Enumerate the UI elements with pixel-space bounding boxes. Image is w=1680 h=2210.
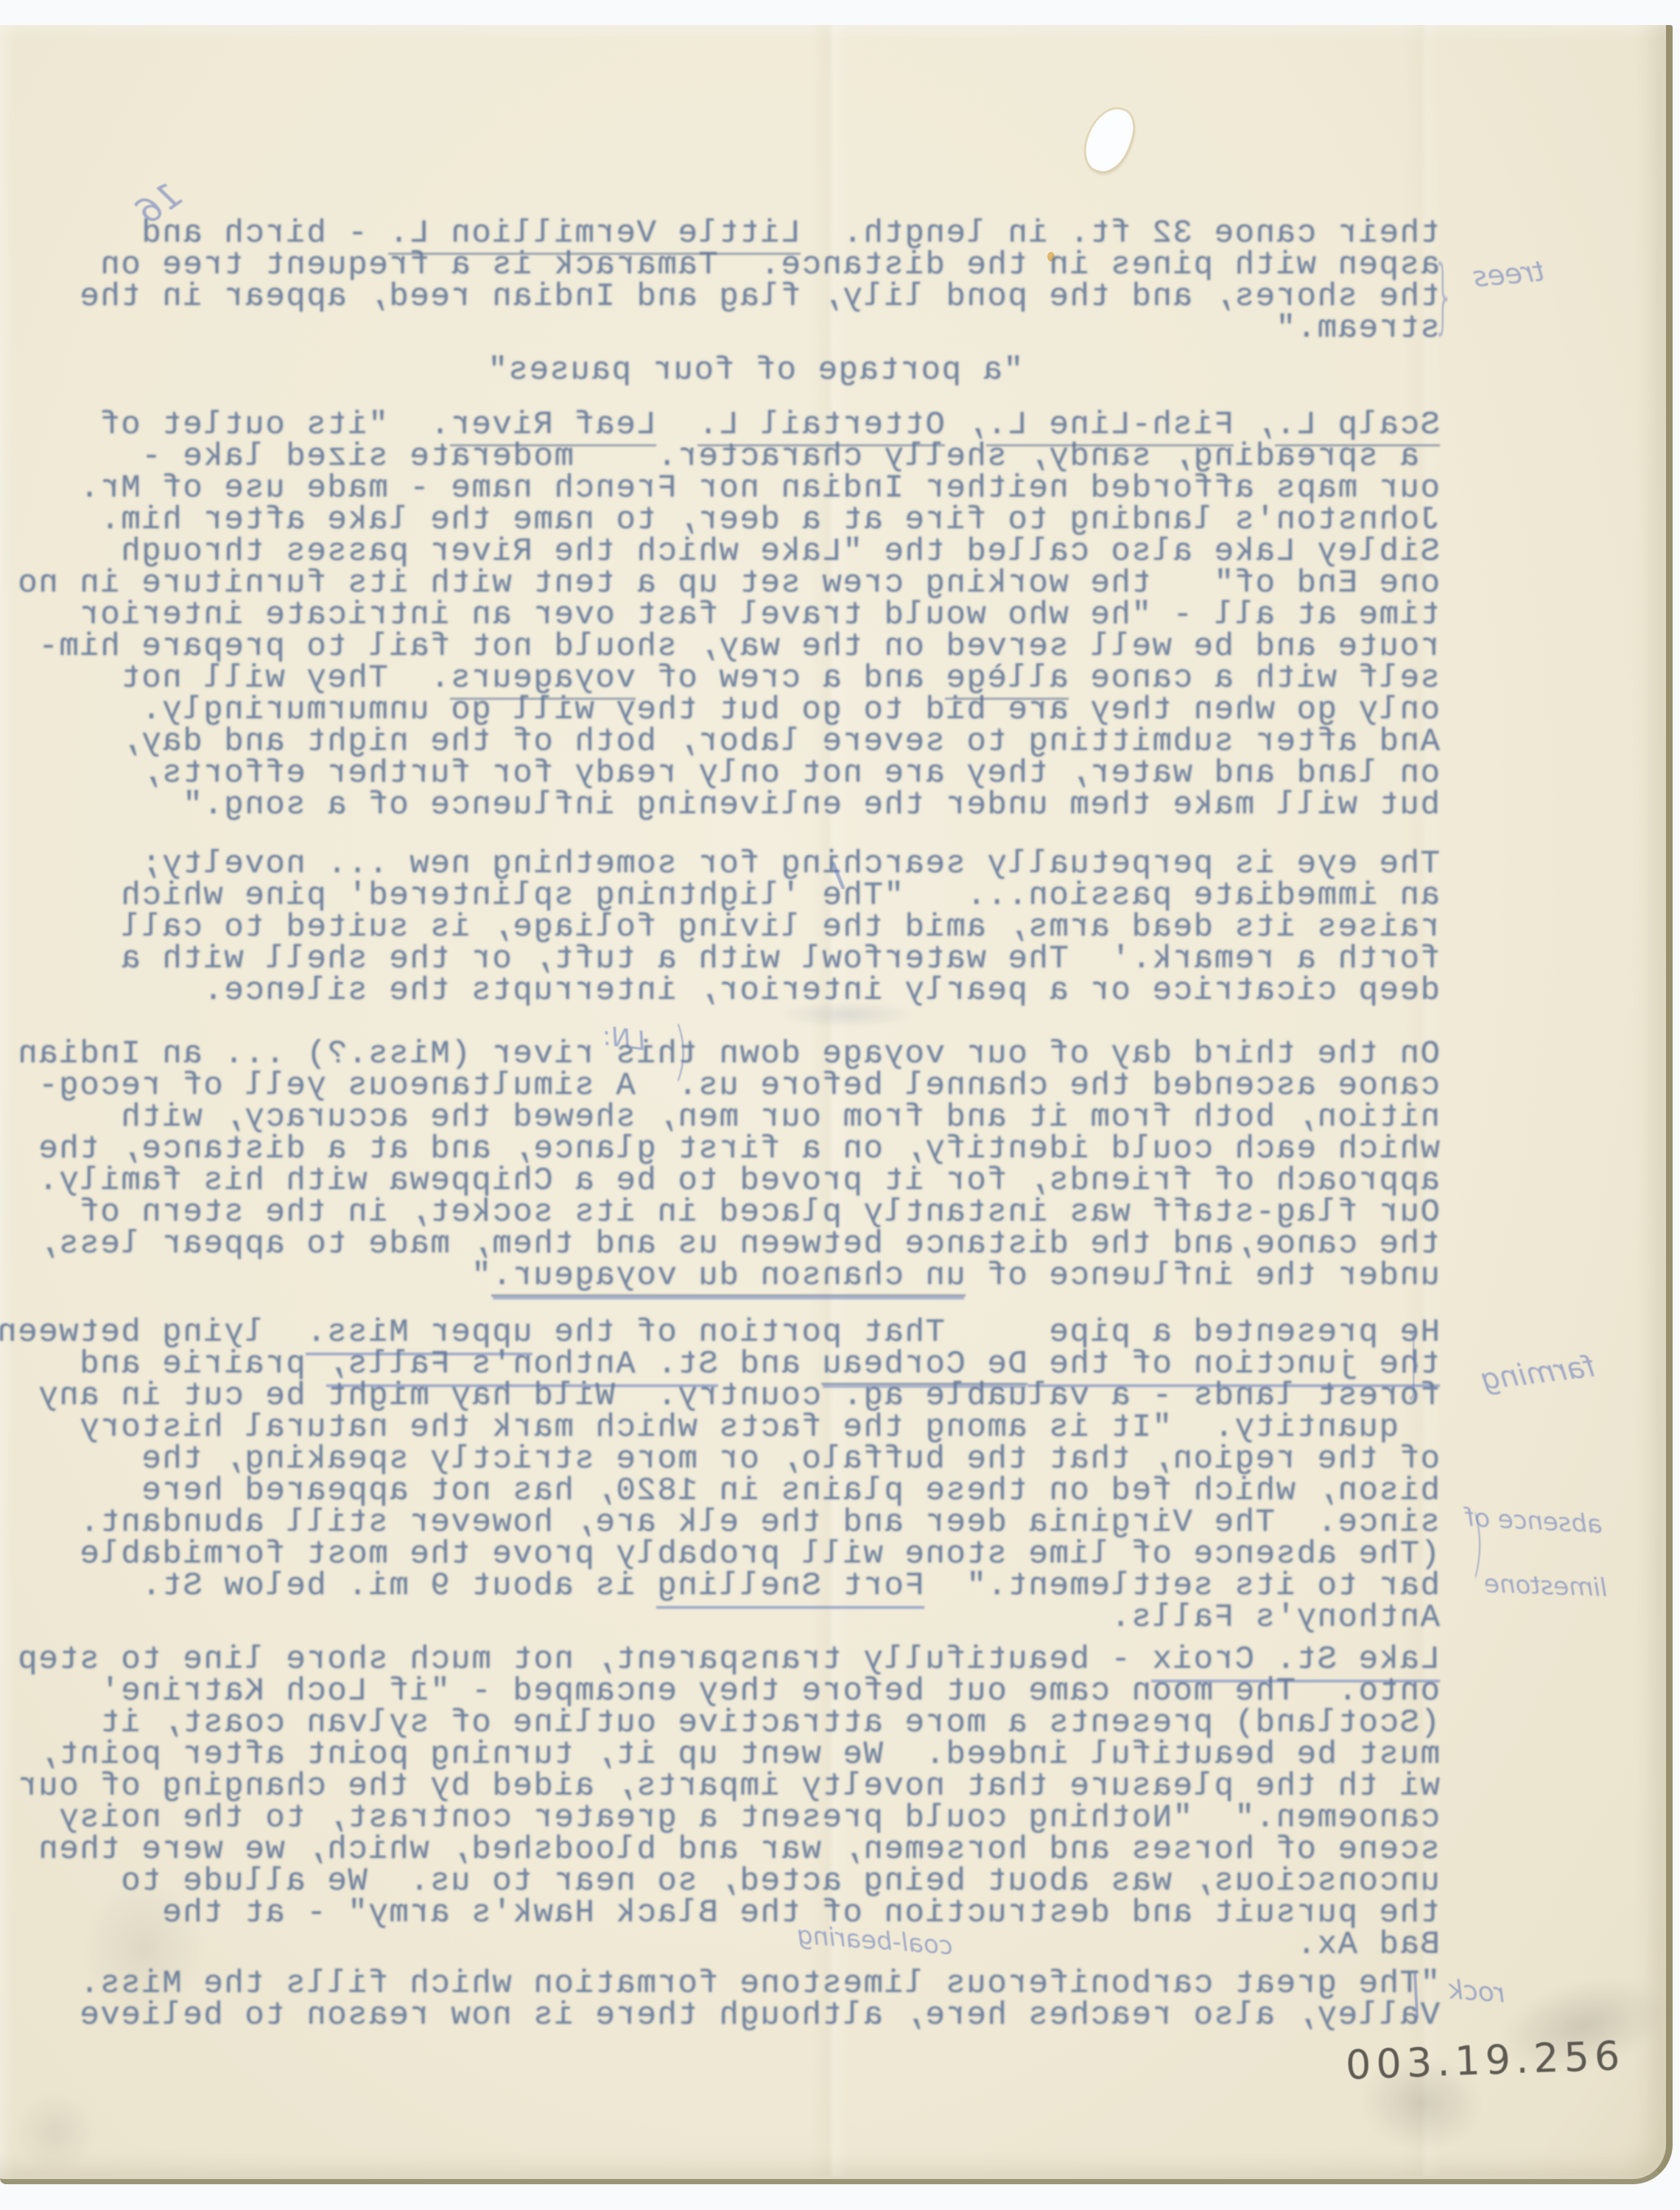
scanned-document: their canoe 32 ft. in length. Little Ver…: [0, 0, 1680, 2210]
front-marks-layer: 003.19.256: [0, 0, 1680, 2210]
accession-number: 003.19.256: [1345, 2032, 1625, 2088]
